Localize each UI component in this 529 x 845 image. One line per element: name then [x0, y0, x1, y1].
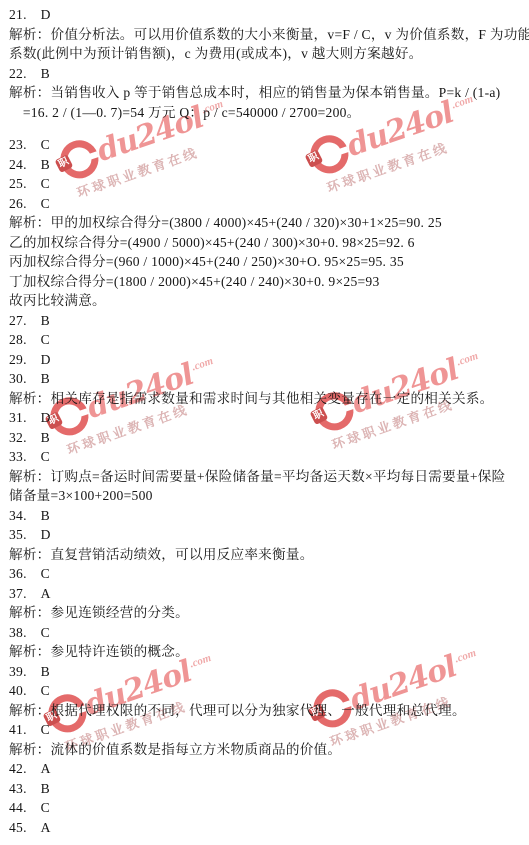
text-line: 丙加权综合得分=(960 / 1000)×45+(240 / 250)×30+O…: [9, 252, 521, 272]
document-text: 21. D解析：价值分析法。可以用价值系数的大小来衡量，v=F / C，v 为价…: [0, 0, 529, 837]
text-line: 解析：参见连锁经营的分类。: [9, 603, 521, 623]
text-line: 26. C: [9, 194, 521, 214]
answer-sheet-page: 职 du24ol .com 环球职业教育在线 职 du24ol .com 环球职…: [0, 0, 529, 845]
text-line: 31. D: [9, 408, 521, 428]
text-line: 22. B: [9, 64, 521, 84]
text-line: 解析：甲的加权综合得分=(3800 / 4000)×45+(240 / 320)…: [9, 213, 521, 233]
text-line: =16. 2 / (1—0. 7)=54 万元 Q：p / c=540000 /…: [9, 103, 521, 123]
text-line: 23. C: [9, 135, 521, 155]
text-line: 乙的加权综合得分=(4900 / 5000)×45+(240 / 300)×30…: [9, 233, 521, 253]
text-line: 解析：价值分析法。可以用价值系数的大小来衡量，v=F / C，v 为价值系数，F…: [9, 25, 521, 45]
text-line: 32. B: [9, 428, 521, 448]
text-line: 储备量=3×100+200=500: [9, 486, 521, 506]
text-line: 解析：流体的价值系数是指每立方米物质商品的价值。: [9, 740, 521, 760]
text-line: 解析：相关库存是指需求数量和需求时间与其他相关变量存在一定的相关关系。: [9, 389, 521, 409]
text-line: 解析：订购点=备运时间需要量+保险储备量=平均备运天数×平均每日需要量+保险: [9, 467, 521, 487]
text-line: 21. D: [9, 5, 521, 25]
text-line: 38. C: [9, 623, 521, 643]
text-line: 24. B: [9, 155, 521, 175]
text-line: 故丙比较满意。: [9, 291, 521, 311]
text-line: 43. B: [9, 779, 521, 799]
text-line: 44. C: [9, 798, 521, 818]
text-line: 解析：当销售收入 p 等于销售总成本时，相应的销售量为保本销售量。P=k / (…: [9, 83, 521, 103]
text-line: 丁加权综合得分=(1800 / 2000)×45+(240 / 240)×30+…: [9, 272, 521, 292]
text-line: 解析：根据代理权限的不同，代理可以分为独家代理、一般代理和总代理。: [9, 701, 521, 721]
text-line: 25. C: [9, 174, 521, 194]
text-line: 41. C: [9, 720, 521, 740]
text-line: 40. C: [9, 681, 521, 701]
text-line: 37. A: [9, 584, 521, 604]
text-line: 系数(此例中为预计销售额)，c 为费用(或成本)，v 越大则方案越好。: [9, 44, 521, 64]
text-line: 解析：直复营销活动绩效，可以用反应率来衡量。: [9, 545, 521, 565]
blank-line: [9, 122, 521, 135]
text-line: 33. C: [9, 447, 521, 467]
text-line: 解析：参见特许连锁的概念。: [9, 642, 521, 662]
text-line: 36. C: [9, 564, 521, 584]
text-line: 30. B: [9, 369, 521, 389]
text-line: 29. D: [9, 350, 521, 370]
text-line: 28. C: [9, 330, 521, 350]
text-line: 45. A: [9, 818, 521, 838]
text-line: 27. B: [9, 311, 521, 331]
text-line: 35. D: [9, 525, 521, 545]
text-line: 39. B: [9, 662, 521, 682]
text-line: 42. A: [9, 759, 521, 779]
text-line: 34. B: [9, 506, 521, 526]
